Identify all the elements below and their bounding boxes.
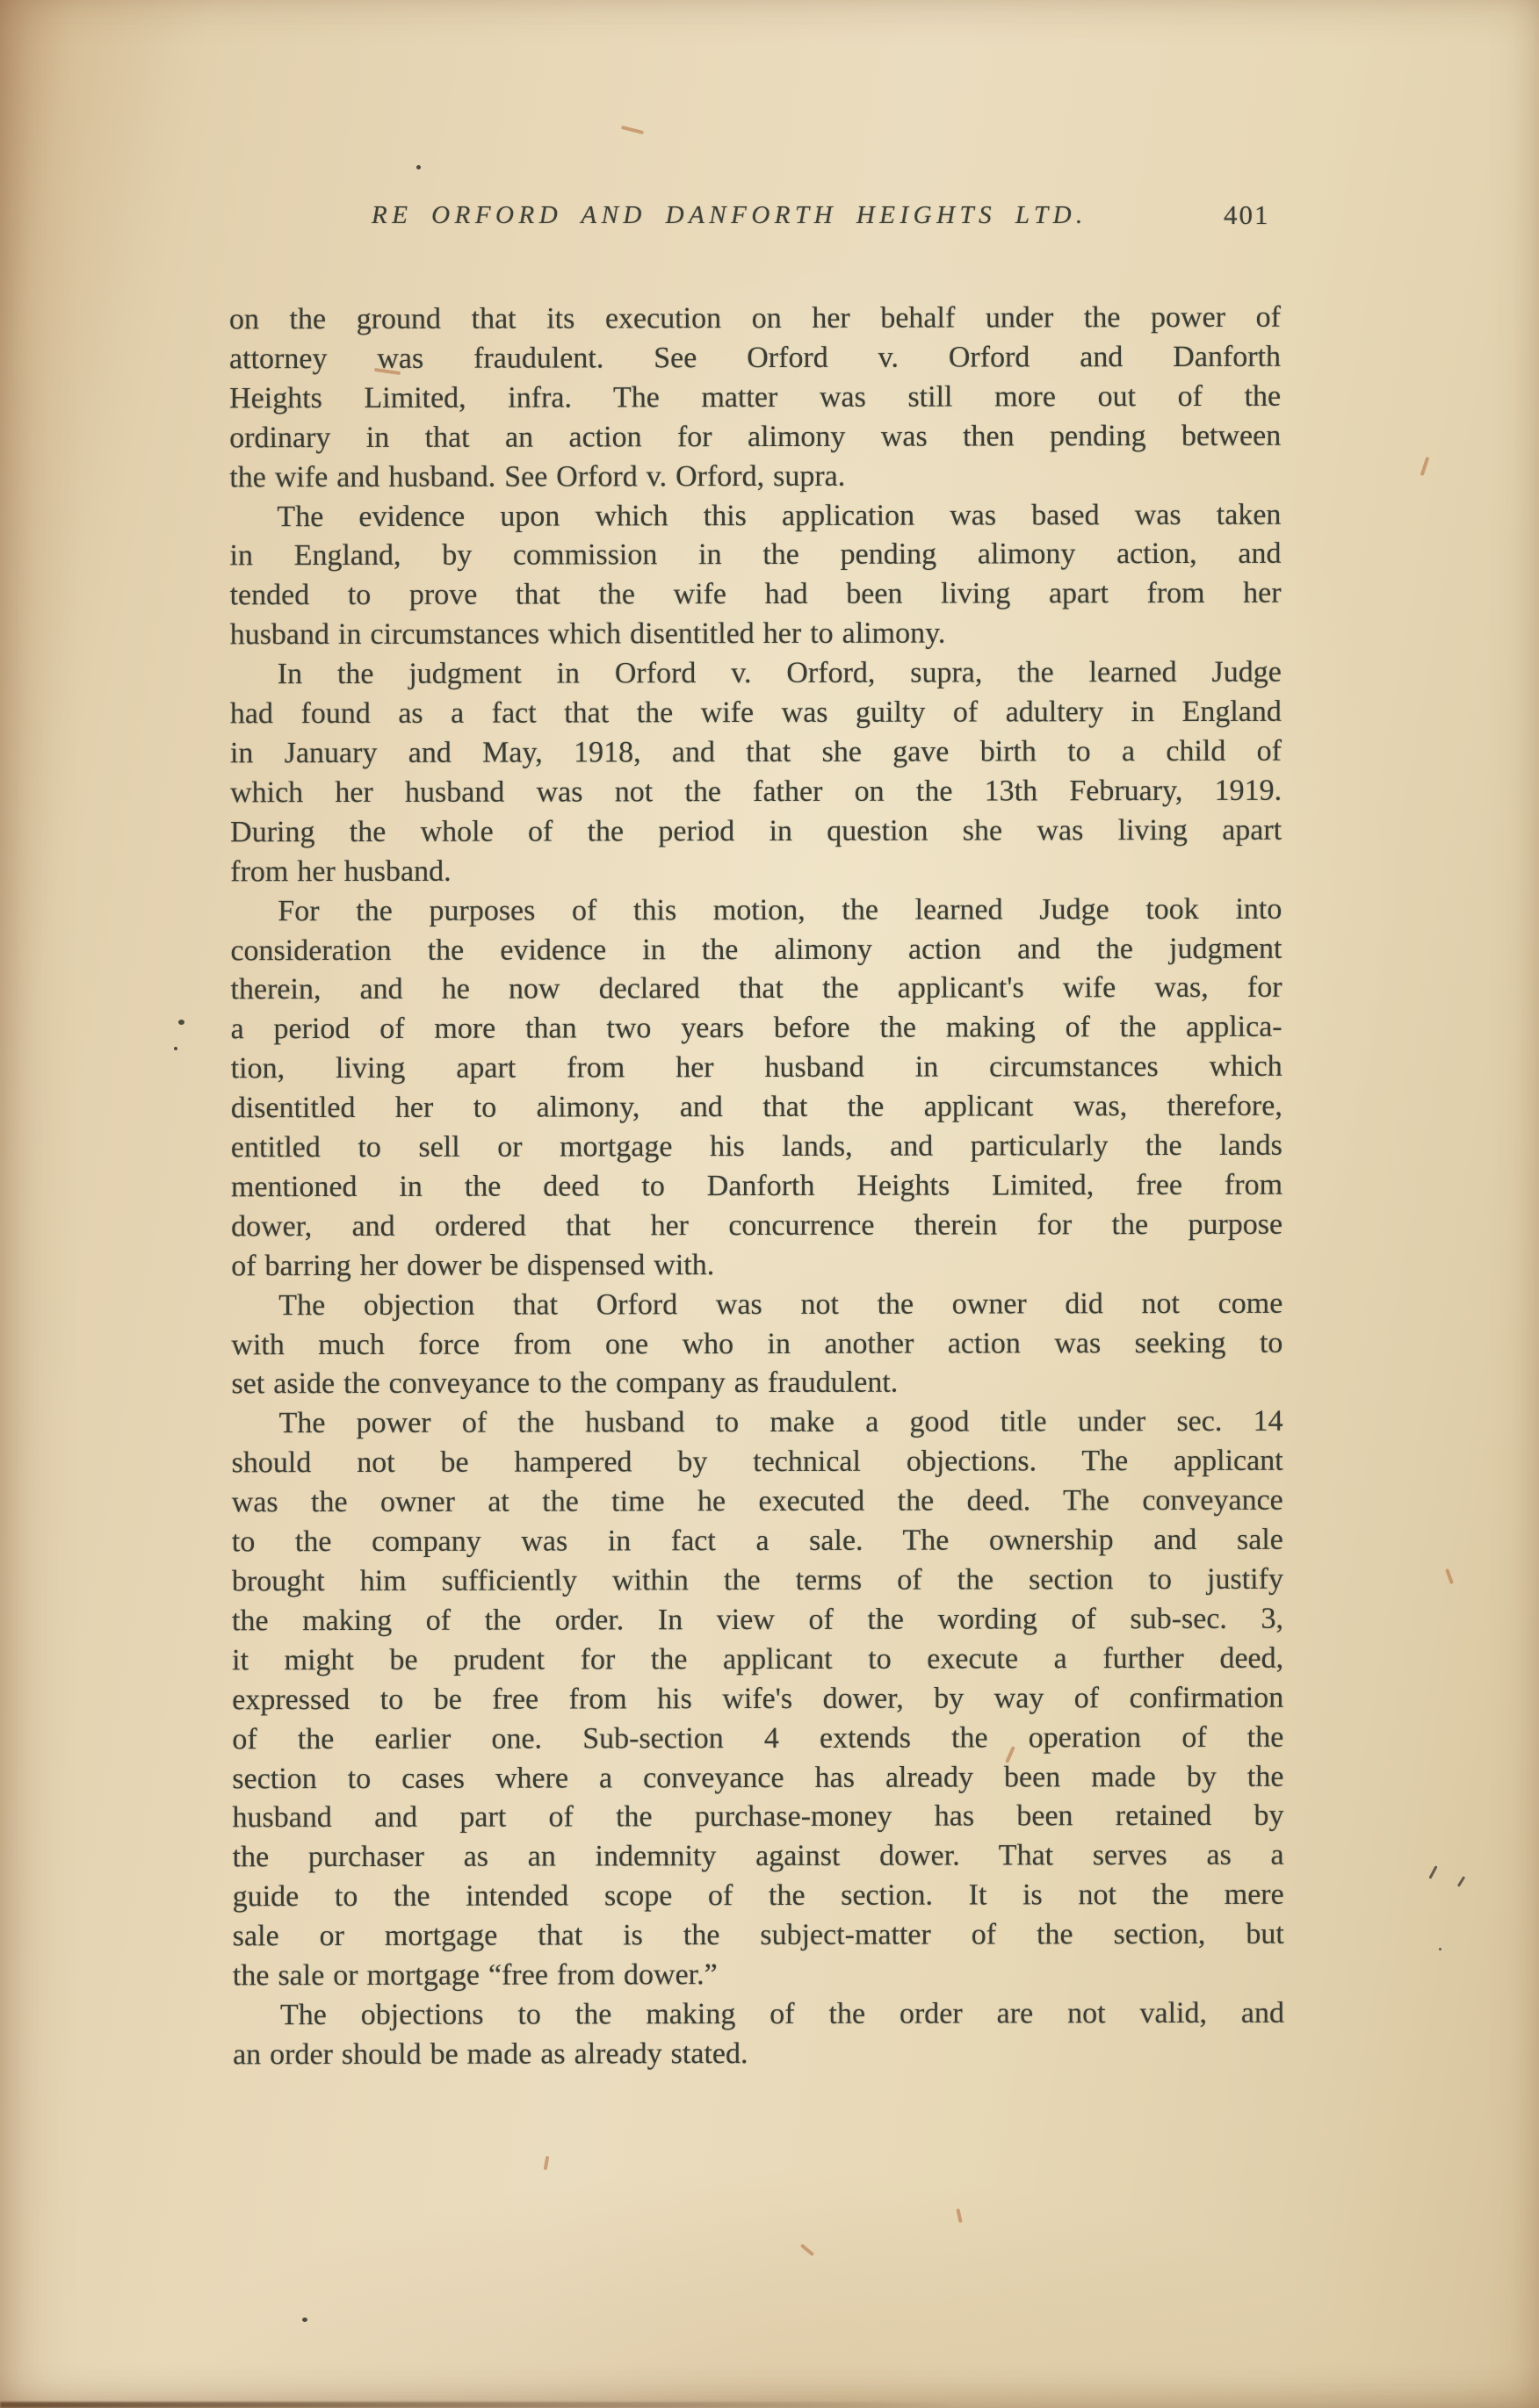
text-line: which her husband was not the father on … xyxy=(230,772,1282,813)
text-line: expressed to be free from his wife's dow… xyxy=(232,1678,1283,1719)
page-bottom-shadow xyxy=(0,2402,954,2408)
text-line: of the earlier one. Sub-section 4 extend… xyxy=(232,1718,1283,1759)
text-line: section to cases where a conveyance has … xyxy=(232,1757,1283,1799)
text-line: to the company was in fact a sale. The o… xyxy=(232,1521,1283,1562)
body-text: on the ground that its execution on her … xyxy=(229,299,1284,2075)
paper-fiber xyxy=(956,2209,962,2223)
paragraph: In the judgment in Orford v. Orford, sup… xyxy=(230,653,1282,892)
pen-mark xyxy=(1457,1876,1465,1887)
text-line: a period of more than two years before t… xyxy=(231,1008,1282,1049)
paper-fiber xyxy=(544,2156,550,2170)
text-line: therein, and he now declared that the ap… xyxy=(230,969,1282,1010)
text-line: in January and May, 1918, and that she g… xyxy=(230,732,1282,774)
paragraph: The evidence upon which this application… xyxy=(229,495,1281,655)
text-line: disentitled her to alimony, and that the… xyxy=(231,1087,1282,1128)
text-line: For the purposes of this motion, the lea… xyxy=(230,890,1282,931)
ink-speck xyxy=(416,165,421,169)
paragraph: The objections to the making of the orde… xyxy=(233,1994,1284,2075)
text-line: had found as a fact that the wife was gu… xyxy=(230,693,1282,734)
text-line: entitled to sell or mortgage his lands, … xyxy=(231,1127,1282,1168)
page-number: 401 xyxy=(1224,199,1270,231)
text-line: was the owner at the time he executed th… xyxy=(232,1482,1283,1523)
text-line: Heights Limited, infra. The matter was s… xyxy=(229,378,1281,419)
text-line: guide to the intended scope of the secti… xyxy=(233,1876,1284,1917)
running-title: RE ORFORD AND DANFORTH HEIGHTS LTD. xyxy=(372,201,1087,230)
text-line: ordinary in that an action for alimony w… xyxy=(229,416,1281,458)
text-line: The objections to the making of the orde… xyxy=(233,1994,1284,2036)
text-line: mentioned in the deed to Danforth Height… xyxy=(231,1166,1282,1208)
paragraph: on the ground that its execution on her … xyxy=(229,299,1281,498)
text-line: husband in circumstances which disentitl… xyxy=(230,614,1282,655)
text-line: an order should be made as already state… xyxy=(233,2034,1284,2075)
text-line: In the judgment in Orford v. Orford, sup… xyxy=(230,653,1282,695)
text-line: sale or mortgage that is the subject-mat… xyxy=(233,1915,1284,1957)
paragraph: For the purposes of this motion, the lea… xyxy=(230,890,1282,1287)
pen-mark xyxy=(1439,1948,1441,1950)
ink-speck xyxy=(174,1047,177,1050)
text-line: from her husband. xyxy=(230,850,1282,891)
text-line: the making of the order. In view of the … xyxy=(232,1600,1283,1641)
text-line: tion, living apart from her husband in c… xyxy=(231,1048,1282,1089)
paper-fiber xyxy=(800,2244,814,2257)
text-line: husband and part of the purchase-money h… xyxy=(232,1797,1283,1838)
paragraph: The objection that Orford was not the ow… xyxy=(231,1284,1282,1404)
text-line: should not be hampered by technical obje… xyxy=(232,1442,1283,1483)
text-line: in England, by commission in the pending… xyxy=(229,535,1281,576)
text-line: set aside the conveyance to the company … xyxy=(231,1363,1282,1404)
paper-fiber xyxy=(1445,1568,1454,1584)
ink-speck xyxy=(302,2318,307,2322)
text-line: consideration the evidence in the alimon… xyxy=(230,929,1282,970)
text-line: the purchaser as an indemnity against do… xyxy=(233,1836,1284,1878)
text-line: brought him sufficiently within the term… xyxy=(232,1561,1283,1602)
text-line: tended to prove that the wife had been l… xyxy=(230,574,1282,616)
text-line: with much force from one who in another … xyxy=(231,1323,1282,1365)
text-line: attorney was fraudulent. See Orford v. O… xyxy=(229,338,1281,379)
ink-speck xyxy=(178,1020,184,1025)
book-page: RE ORFORD AND DANFORTH HEIGHTS LTD. 401 … xyxy=(0,0,1539,2408)
paragraph: The power of the husband to make a good … xyxy=(232,1402,1284,1996)
text-line: The power of the husband to make a good … xyxy=(232,1402,1283,1444)
text-line: The objection that Orford was not the ow… xyxy=(231,1284,1282,1325)
paper-fiber xyxy=(621,126,644,134)
text-line: the sale or mortgage “free from dower.” xyxy=(233,1955,1284,1996)
text-line: it might be prudent for the applicant to… xyxy=(232,1640,1283,1681)
text-line: on the ground that its execution on her … xyxy=(229,299,1281,340)
pen-mark xyxy=(1428,1865,1437,1879)
text-line: the wife and husband. See Orford v. Orfo… xyxy=(229,456,1281,497)
text-line: During the whole of the period in questi… xyxy=(230,811,1282,853)
paper-fiber xyxy=(1420,457,1430,476)
text-line: The evidence upon which this application… xyxy=(229,495,1281,537)
text-line: dower, and ordered that her concurrence … xyxy=(231,1206,1282,1247)
text-line: of barring her dower be dispensed with. xyxy=(231,1244,1282,1286)
